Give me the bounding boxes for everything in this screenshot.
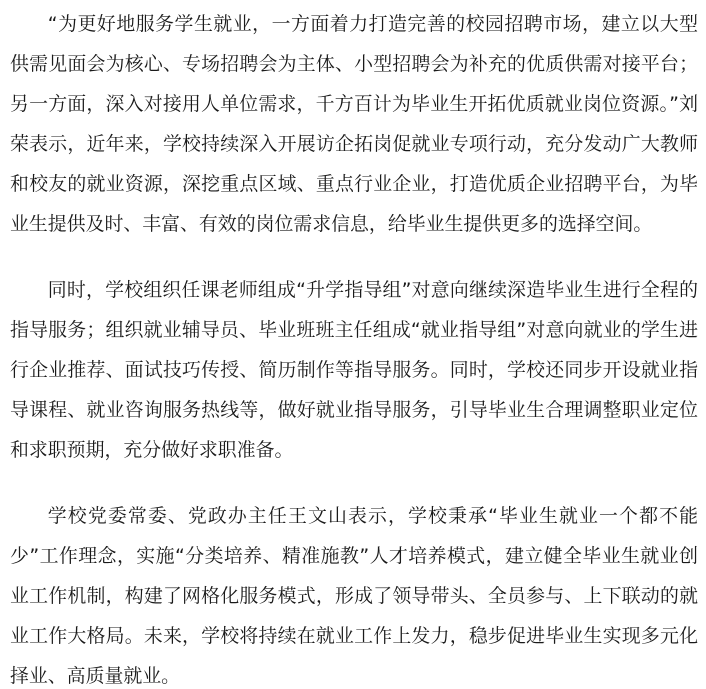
- paragraph-employment-market: “为更好地服务学生就业，一方面着力打造完善的校园招聘市场，建立以大型供需见面会为…: [10, 4, 698, 244]
- article-body: “为更好地服务学生就业，一方面着力打造完善的校园招聘市场，建立以大型供需见面会为…: [10, 4, 698, 689]
- paragraph-work-philosophy: 学校党委常委、党政办主任王文山表示，学校秉承“毕业生就业一个都不能少”工作理念，…: [10, 496, 698, 689]
- paragraph-guidance-services: 同时，学校组织任课老师组成“升学指导组”对意向继续深造毕业生进行全程的指导服务；…: [10, 270, 698, 470]
